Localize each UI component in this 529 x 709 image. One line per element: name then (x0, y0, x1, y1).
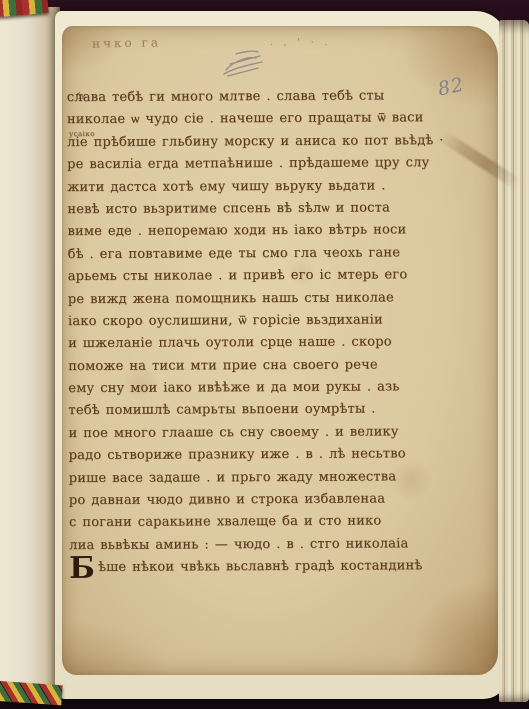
text-line: ліе прѣбише гльбину морску и аниса ко по… (67, 130, 471, 155)
ink-dot-marks: . , ' · . (270, 38, 331, 48)
text-line: ро давнаи чюдо дивно и строка избавленаа (69, 488, 473, 513)
last-line-text: ѣше нѣкои чвѣкь вьславнѣ градѣ костандин… (98, 558, 422, 575)
interlinear-gloss: усаіко (69, 123, 95, 146)
text-line: невѣ исто вьзритиме спсень вѣ ѕѣлѡ и пос… (67, 197, 471, 222)
text-line: ему сну мои іако ивѣѣже и да мои рукы . … (68, 376, 472, 401)
faded-header-inscription: нчко га (92, 35, 161, 50)
text-line: бѣ . ега повтавиме еде ты смо гла чеохь … (68, 242, 472, 267)
facing-page-edge (0, 7, 60, 697)
text-line: жити дастса хотѣ ему чишу вьруку вьдати … (67, 175, 471, 200)
text-line: лиа вьвѣкы аминь : — чюдо . в . стго ник… (69, 533, 473, 558)
text-line: радо сьтвориже празнику иже . в . лѣ нес… (69, 443, 473, 468)
text-line: и шжеланіе плачь оутоли срце наше . скор… (68, 331, 472, 356)
drop-initial: Б (69, 551, 95, 586)
text-block: усаіко слава тебѣ ги много млтве . слава… (67, 85, 474, 580)
text-line: поможе на тиси мти прие сна своего рече (68, 354, 472, 379)
fore-edge-page-stack (499, 20, 529, 702)
text-line-with-initial: Бѣше нѣкои чвѣкь вьславнѣ градѣ костанди… (69, 555, 473, 580)
text-line: и пое много глааше сь сну своему . и вел… (68, 421, 472, 446)
text-line: арьемь сты николае . и привѣ его іс мтер… (68, 264, 472, 289)
text-line: рише васе задаше . и прьго жаду множеств… (69, 466, 473, 491)
parchment-leaf: нчко га . , ' · . 82 бх усаіко слава теб… (62, 26, 498, 675)
endband-bottom-icon (0, 681, 63, 706)
text-line: виме еде . непоремаю ходи нь іако вѣтрь … (67, 219, 471, 244)
text-line: тебѣ помишлѣ самрьты вьпоени оумрѣты . (68, 398, 472, 423)
text-line: ре вижд жена помощникь нашь сты николае (68, 286, 472, 311)
text-line: ре василіа егда метпаѣнише . прѣдашеме ц… (67, 152, 471, 177)
text-line: іако скоро оуслишини, ѿ горісіе вьздихан… (68, 309, 472, 334)
pencil-scribble (218, 48, 270, 78)
text-line: николае ѡ чудо сіе . начеше его пращаты … (67, 107, 471, 132)
text-line: слава тебѣ ги много млтве . слава тебѣ с… (67, 85, 471, 110)
manuscript-photo: нчко га . , ' · . 82 бх усаіко слава теб… (0, 0, 529, 709)
text-line: с погани саракьине хвалеще ба и сто нико (69, 510, 473, 535)
